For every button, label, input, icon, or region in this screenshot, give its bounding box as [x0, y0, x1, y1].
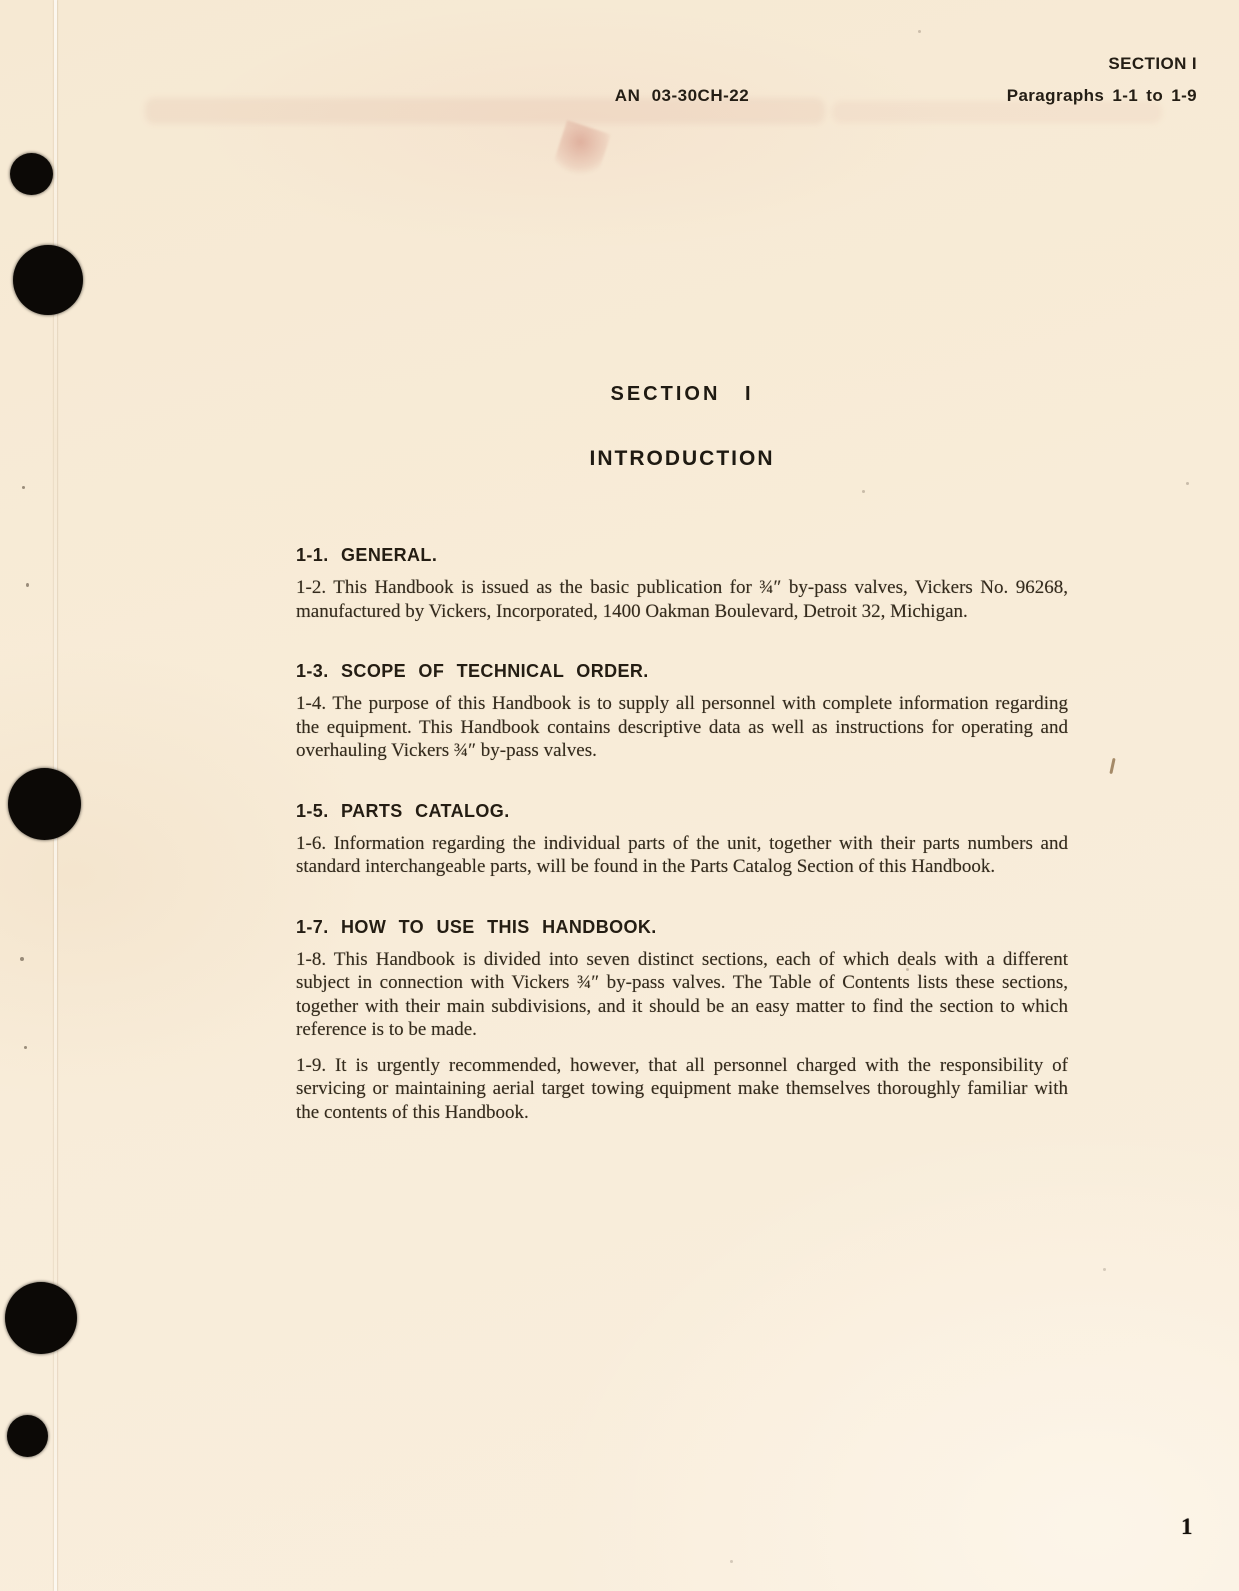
page-number: 1 [1181, 1514, 1193, 1540]
paragraph-1-4: 1-4. The purpose of this Handbook is to … [296, 692, 1068, 763]
paper-speck [862, 490, 865, 493]
section-general: 1-1. GENERAL. 1-2. This Handbook is issu… [296, 545, 1068, 623]
section-heading: 1-1. GENERAL. [296, 545, 1068, 565]
binder-hole [5, 1282, 77, 1354]
binder-hole [8, 768, 81, 840]
header-paragraphs-label: Paragraphs 1-1 to 1-9 [1007, 86, 1197, 106]
document-number: AN 03-30CH-22 [296, 86, 1068, 106]
paper-speck [1103, 1268, 1106, 1271]
paper-speck [918, 30, 921, 33]
section-scope: 1-3. SCOPE OF TECHNICAL ORDER. 1-4. The … [296, 661, 1068, 763]
binder-hole [10, 153, 53, 195]
section-heading: 1-3. SCOPE OF TECHNICAL ORDER. [296, 661, 1068, 681]
header-section-label: SECTION I [1007, 54, 1197, 74]
header-right-block: SECTION I Paragraphs 1-1 to 1-9 [1007, 54, 1197, 106]
paragraph-1-9: 1-9. It is urgently recommended, however… [296, 1054, 1068, 1125]
binder-hole [13, 245, 83, 315]
section-parts-catalog: 1-5. PARTS CATALOG. 1-6. Information reg… [296, 801, 1068, 879]
section-subtitle: INTRODUCTION [296, 447, 1068, 471]
section-title: SECTION I [296, 383, 1068, 406]
paper-speck [24, 1046, 27, 1049]
paragraph-1-8: 1-8. This Handbook is divided into seven… [296, 948, 1068, 1042]
stray-ink-mark [1109, 758, 1115, 774]
paper-speck [730, 1560, 733, 1563]
paper-speck [26, 583, 29, 587]
section-how-to-use: 1-7. HOW TO USE THIS HANDBOOK. 1-8. This… [296, 917, 1068, 1125]
section-heading: 1-7. HOW TO USE THIS HANDBOOK. [296, 917, 1068, 937]
title-block: SECTION I INTRODUCTION [296, 383, 1068, 471]
section-heading: 1-5. PARTS CATALOG. [296, 801, 1068, 821]
paper-speck [20, 957, 24, 961]
paper-speck [22, 486, 25, 489]
scanned-manual-page: AN 03-30CH-22 SECTION I Paragraphs 1-1 t… [0, 0, 1239, 1591]
ink-stain [551, 120, 611, 184]
paper-speck [1186, 482, 1189, 485]
binder-hole [7, 1415, 48, 1457]
paragraph-1-2: 1-2. This Handbook is issued as the basi… [296, 576, 1068, 623]
paragraph-1-6: 1-6. Information regarding the individua… [296, 832, 1068, 879]
body-content: 1-1. GENERAL. 1-2. This Handbook is issu… [296, 545, 1068, 1136]
